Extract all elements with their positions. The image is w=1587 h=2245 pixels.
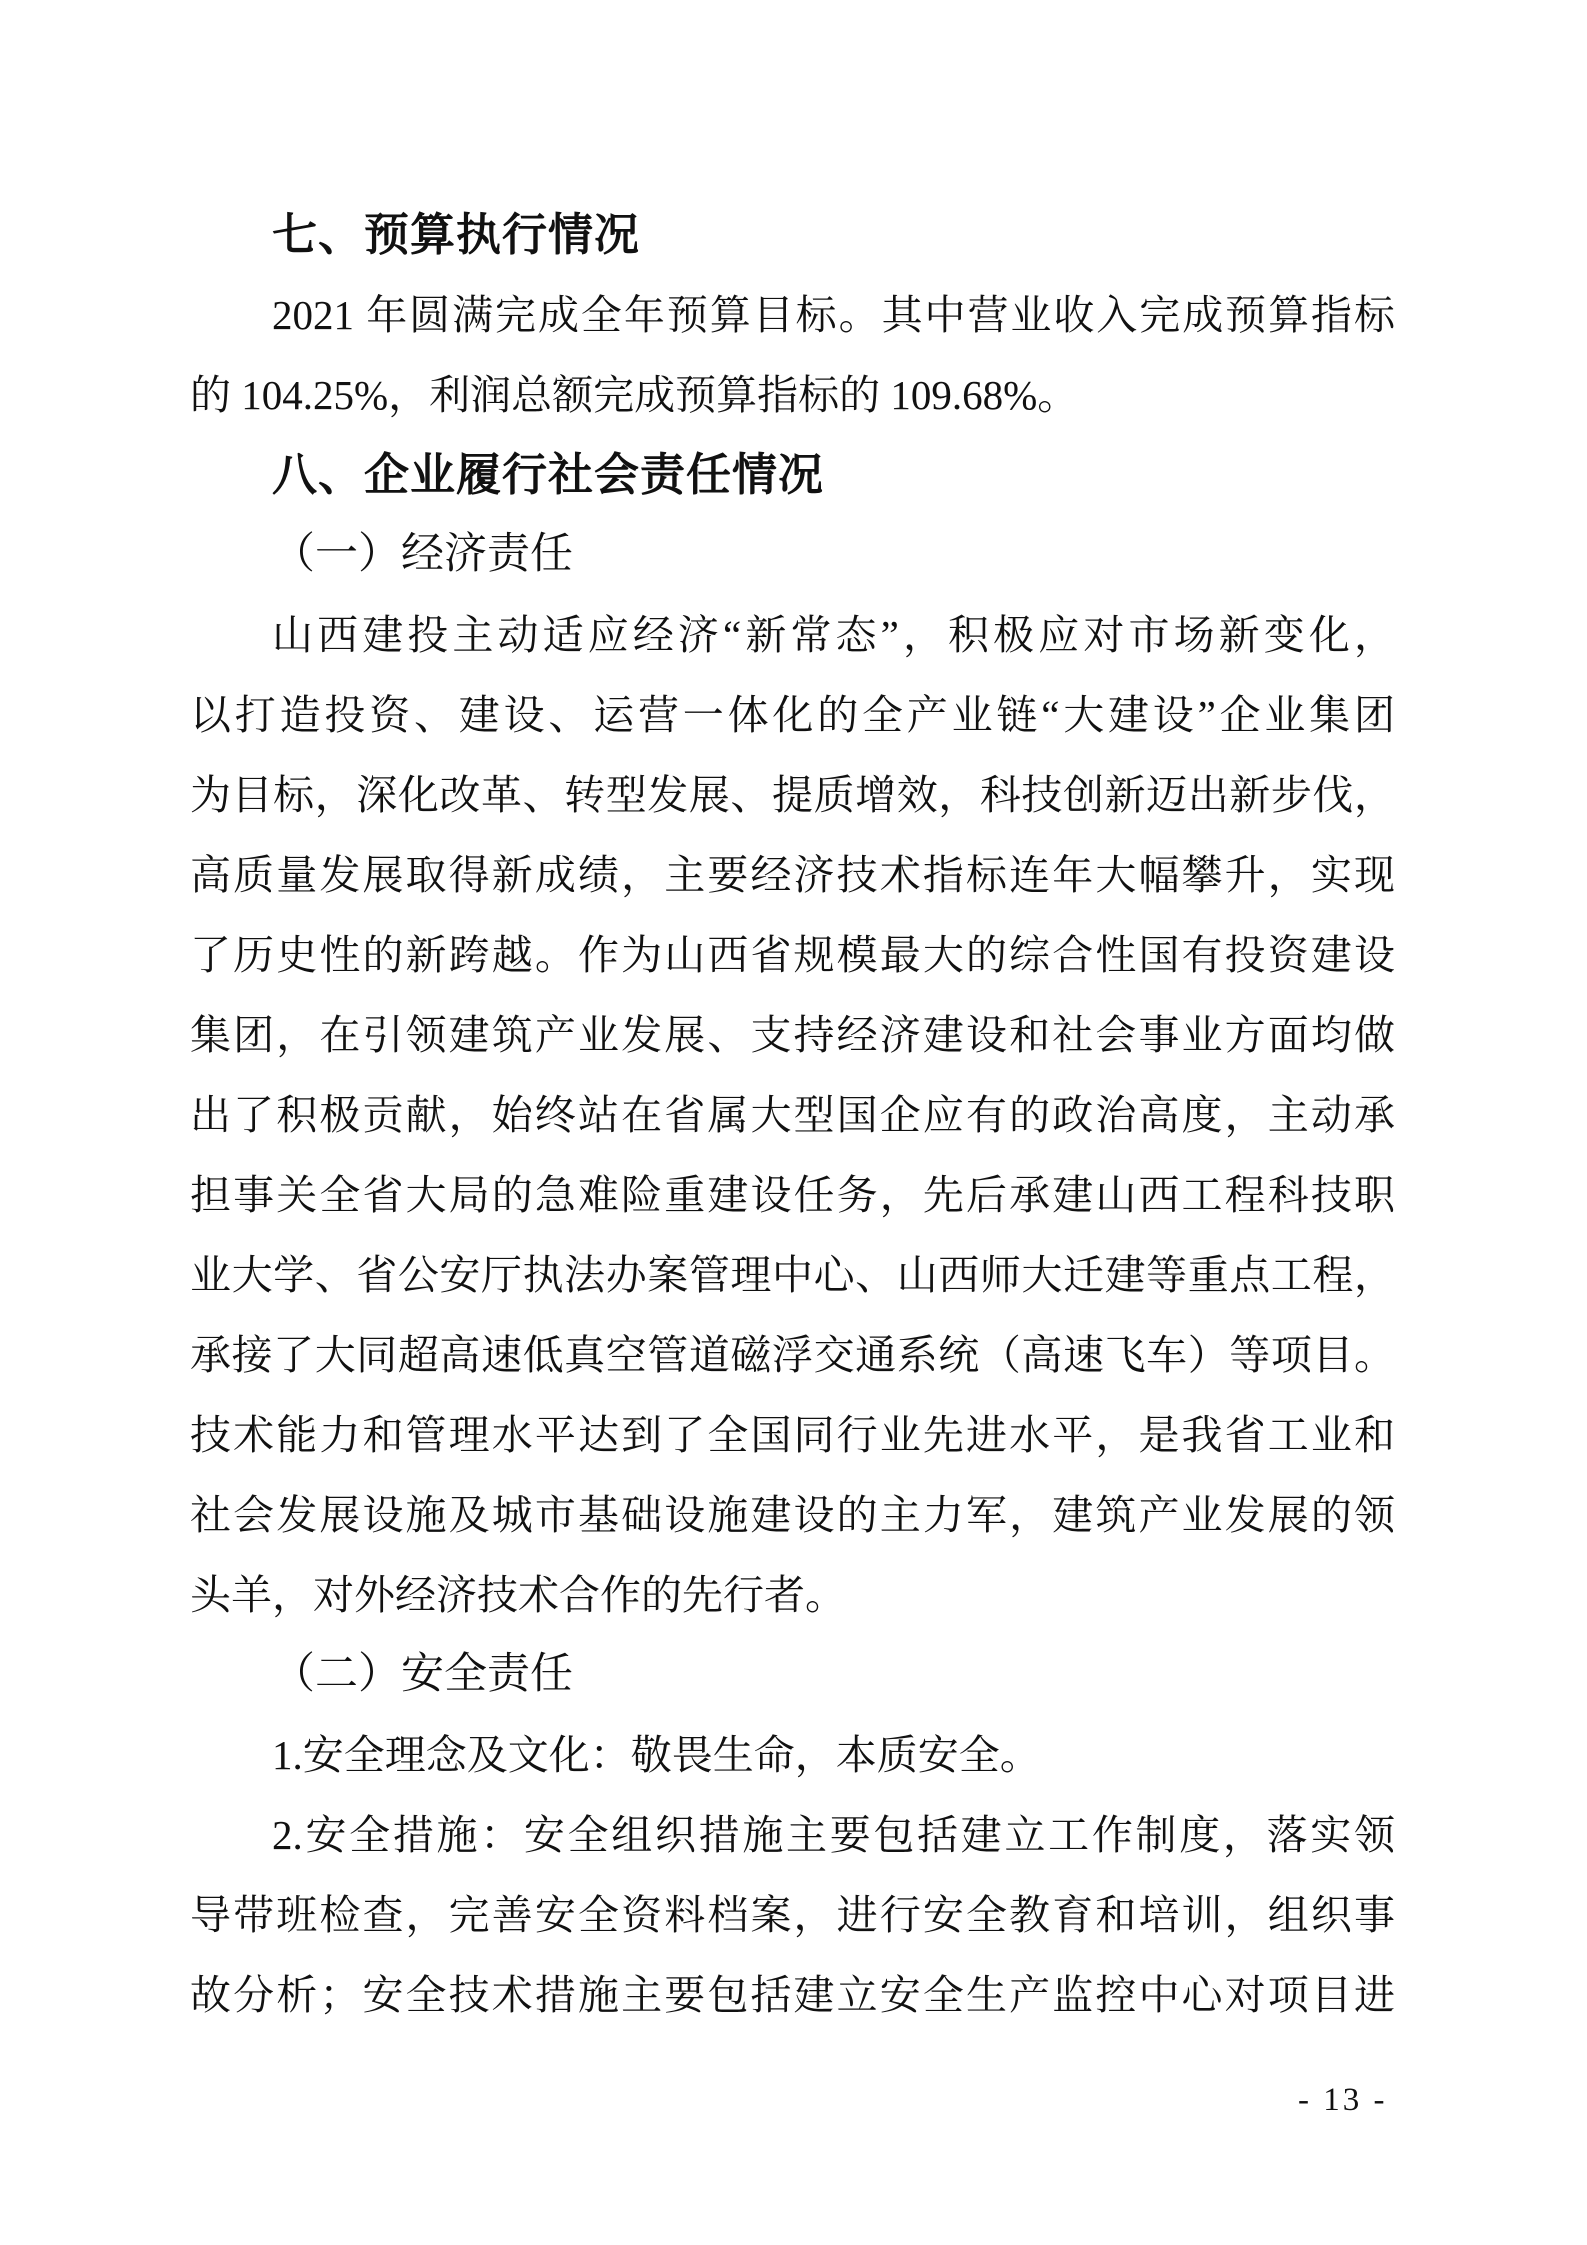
text-line: 以打造投资、建设、运营一体化的全产业链“大建设”企业集团	[190, 675, 1395, 755]
document-body: 七、预算执行情况2021 年圆满完成全年预算目标。其中营业收入完成预算指标的 1…	[190, 195, 1395, 2035]
text-line: 为目标，深化改革、转型发展、提质增效，科技创新迈出新步伐，	[190, 755, 1395, 835]
text-line: 技术能力和管理水平达到了全国同行业先进水平，是我省工业和	[190, 1395, 1395, 1475]
text-line: 山西建投主动适应经济“新常态”，积极应对市场新变化，	[190, 595, 1395, 675]
text-line: 高质量发展取得新成绩，主要经济技术指标连年大幅攀升，实现	[190, 835, 1395, 915]
text-line: 担事关全省大局的急难险重建设任务，先后承建山西工程科技职	[190, 1155, 1395, 1235]
text-line: 了历史性的新跨越。作为山西省规模最大的综合性国有投资建设	[190, 915, 1395, 995]
text-line: 2.安全措施：安全组织措施主要包括建立工作制度，落实领	[190, 1795, 1395, 1875]
text-line: 导带班检查，完善安全资料档案，进行安全教育和培训，组织事	[190, 1875, 1395, 1955]
sub-section-heading: （二）安全责任	[190, 1635, 1395, 1715]
sub-section-heading: （一）经济责任	[190, 515, 1395, 595]
text-line: 集团，在引领建筑产业发展、支持经济建设和社会事业方面均做	[190, 995, 1395, 1075]
text-line: 故分析；安全技术措施主要包括建立安全生产监控中心对项目进	[190, 1955, 1395, 2035]
text-line: 业大学、省公安厅执法办案管理中心、山西师大迁建等重点工程，	[190, 1235, 1395, 1315]
section-heading: 七、预算执行情况	[190, 195, 1395, 275]
text-line: 2021 年圆满完成全年预算目标。其中营业收入完成预算指标	[190, 275, 1395, 355]
section-heading: 八、企业履行社会责任情况	[190, 435, 1395, 515]
text-line: 的 104.25%，利润总额完成预算指标的 109.68%。	[190, 355, 1395, 435]
text-line: 头羊，对外经济技术合作的先行者。	[190, 1555, 1395, 1635]
text-line: 社会发展设施及城市基础设施建设的主力军，建筑产业发展的领	[190, 1475, 1395, 1555]
document-page: 七、预算执行情况2021 年圆满完成全年预算目标。其中营业收入完成预算指标的 1…	[0, 0, 1587, 2245]
text-line: 出了积极贡献，始终站在省属大型国企应有的政治高度，主动承	[190, 1075, 1395, 1155]
text-line: 1.安全理念及文化：敬畏生命，本质安全。	[190, 1715, 1395, 1795]
page-number: - 13 -	[1298, 2082, 1387, 2119]
text-line: 承接了大同超高速低真空管道磁浮交通系统（高速飞车）等项目。	[190, 1315, 1395, 1395]
